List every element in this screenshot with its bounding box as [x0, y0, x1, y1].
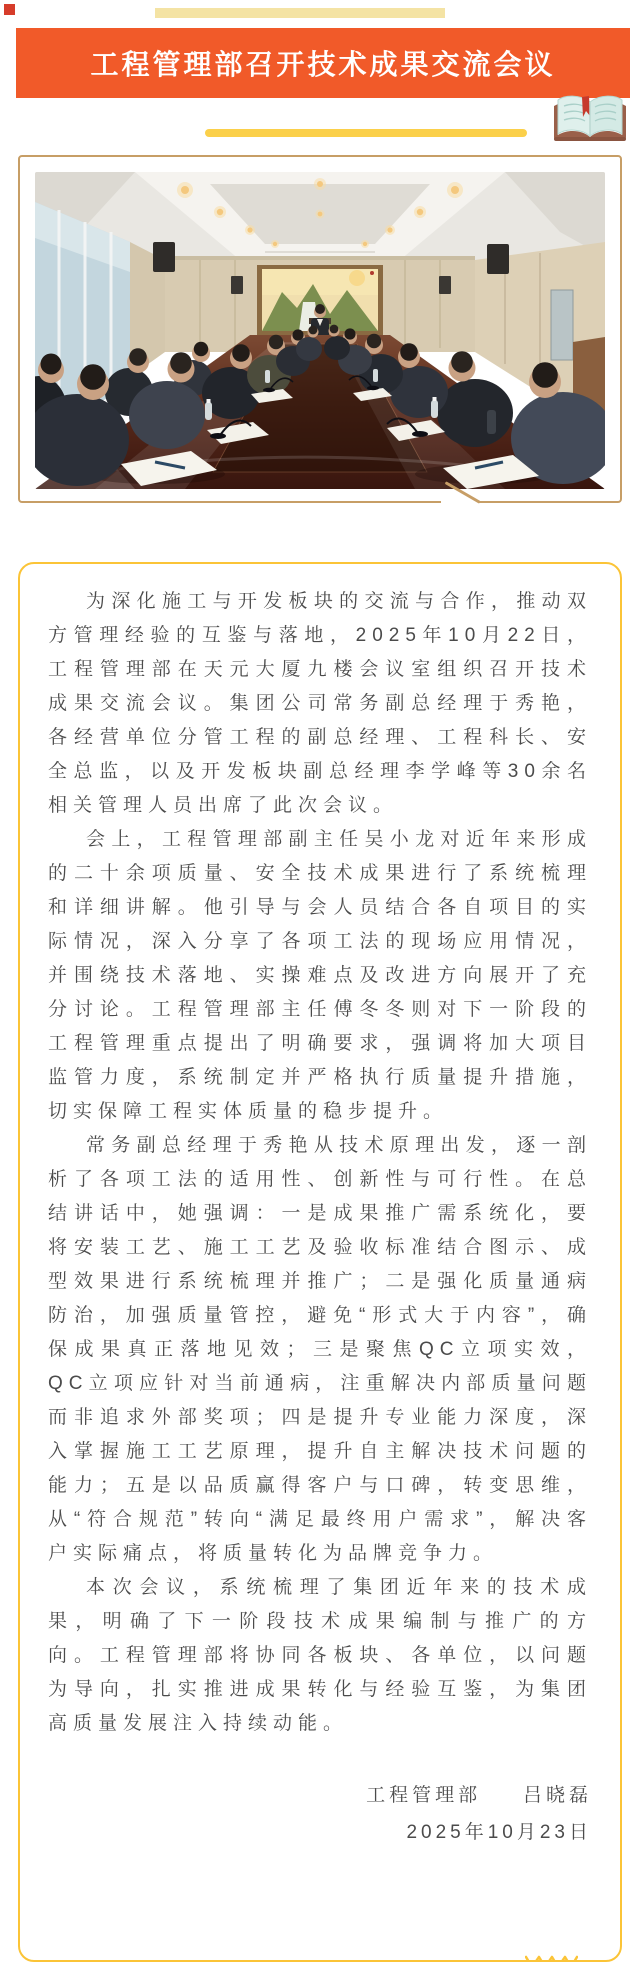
red-accent-square: [4, 4, 15, 15]
paragraph: 常务副总经理于秀艳从技术原理出发，逐一剖析了各项工法的适用性、创新性与可行性。在…: [48, 1129, 592, 1571]
paragraph: 为深化施工与开发板块的交流与合作，推动双方管理经验的互鉴与落地，2025年10月…: [48, 585, 592, 823]
meeting-photo[interactable]: [35, 172, 605, 489]
page-title: 工程管理部召开技术成果交流会议: [90, 43, 555, 83]
signature-name: 吕晓磊: [523, 1785, 592, 1806]
paragraph: 会上，工程管理部副主任吴小龙对近年来形成的二十余项质量、安全技术成果进行了系统梳…: [48, 823, 592, 1129]
signature-department: 工程管理部: [366, 1785, 481, 1806]
title-underline: [205, 129, 527, 137]
paragraph: 本次会议，系统梳理了集团近年来的技术成果，明确了下一阶段技术成果编制与推广的方向…: [48, 1571, 592, 1741]
signature-line: 工程管理部吕晓磊: [48, 1777, 592, 1814]
zigzag-decoration: [525, 1954, 578, 1962]
photo-card: [18, 155, 622, 503]
signature-date: 2025年10月23日: [48, 1814, 592, 1851]
signature-block: 工程管理部吕晓磊 2025年10月23日: [48, 1777, 592, 1851]
top-accent-bar: [155, 8, 445, 18]
article-card: 为深化施工与开发板块的交流与合作，推动双方管理经验的互鉴与落地，2025年10月…: [18, 562, 622, 1962]
open-book-icon: [552, 92, 628, 148]
title-banner: 工程管理部召开技术成果交流会议: [16, 28, 630, 98]
